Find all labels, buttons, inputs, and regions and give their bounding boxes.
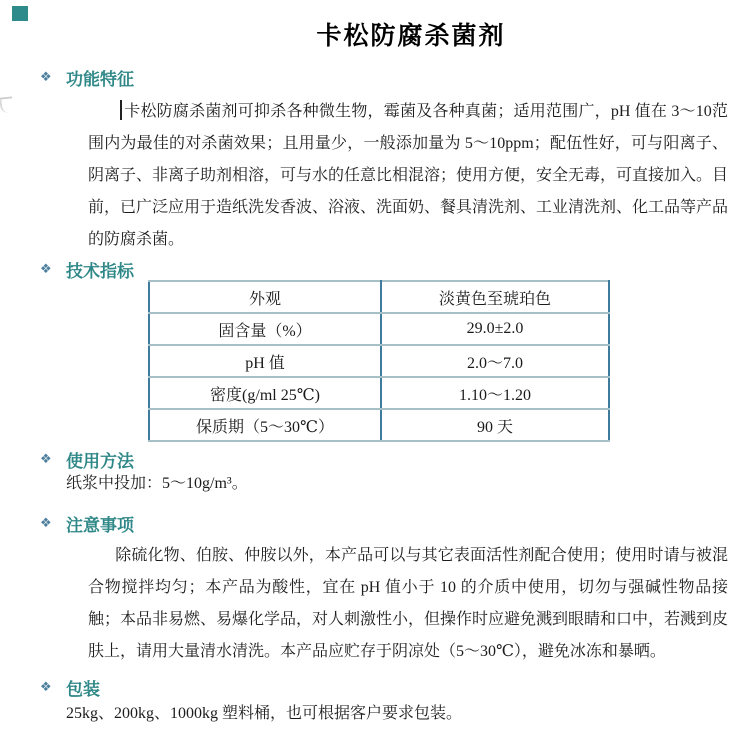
spec-name-cell[interactable]: pH 值 xyxy=(149,345,381,377)
table-row: 保质期（5～30℃） 90 天 xyxy=(149,409,609,441)
document-page: 卡松防腐杀菌剂 ❖ 功能特征 卡松防腐杀菌剂可抑杀各种微生物，霉菌及各种真菌；适… xyxy=(0,0,752,752)
page-title: 卡松防腐杀菌剂 xyxy=(0,20,752,54)
text-cursor-caret xyxy=(120,100,122,120)
packaging-text[interactable]: 25kg、200kg、1000kg 塑料桶，也可根据客户要求包装。 xyxy=(66,702,752,726)
diamond-bullet-icon: ❖ xyxy=(40,516,55,531)
table-row: 固含量（%） 29.0±2.0 xyxy=(149,313,609,345)
section-specs: ❖ 技术指标 外观 淡黄色至琥珀色 固含量（%） 29.0±2.0 pH 值 2… xyxy=(0,258,752,442)
table-row: pH 值 2.0～7.0 xyxy=(149,345,609,377)
section-heading-label: 技术指标 xyxy=(66,257,134,282)
features-paragraph-text: 卡松防腐杀菌剂可抑杀各种微生物，霉菌及各种真菌；适用范围广，pH 值在 3～10… xyxy=(88,103,728,248)
usage-text[interactable]: 纸浆中投加：5～10g/m³。 xyxy=(66,472,752,496)
spec-name-cell[interactable]: 密度(g/ml 25℃) xyxy=(149,377,381,409)
spec-name-cell[interactable]: 外观 xyxy=(149,281,381,313)
specs-table: 外观 淡黄色至琥珀色 固含量（%） 29.0±2.0 pH 值 2.0～7.0 … xyxy=(148,280,610,442)
diamond-bullet-icon: ❖ xyxy=(40,70,55,85)
spec-name-cell[interactable]: 保质期（5～30℃） xyxy=(149,409,381,441)
notes-paragraph[interactable]: 除硫化物、伯胺、仲胺以外，本产品可以与其它表面活性剂配合使用；使用时请与被混合物… xyxy=(88,540,728,668)
spec-value-cell[interactable]: 淡黄色至琥珀色 xyxy=(381,281,609,313)
spec-value-cell[interactable]: 90 天 xyxy=(381,409,609,441)
section-heading-notes[interactable]: ❖ 注意事项 xyxy=(40,512,752,534)
table-row: 外观 淡黄色至琥珀色 xyxy=(149,281,609,313)
margin-artifact-mark xyxy=(0,96,14,113)
section-heading-label: 包装 xyxy=(66,675,100,700)
diamond-bullet-icon: ❖ xyxy=(40,680,55,695)
diamond-bullet-icon: ❖ xyxy=(40,262,55,277)
features-paragraph[interactable]: 卡松防腐杀菌剂可抑杀各种微生物，霉菌及各种真菌；适用范围广，pH 值在 3～10… xyxy=(88,96,728,256)
section-heading-specs[interactable]: ❖ 技术指标 xyxy=(40,258,752,280)
diamond-bullet-icon: ❖ xyxy=(40,452,55,467)
section-heading-features[interactable]: ❖ 功能特征 xyxy=(40,66,752,88)
section-heading-label: 注意事项 xyxy=(66,511,134,536)
corner-square-decoration xyxy=(12,6,28,21)
spec-value-cell[interactable]: 2.0～7.0 xyxy=(381,345,609,377)
spec-value-cell[interactable]: 1.10～1.20 xyxy=(381,377,609,409)
spec-name-cell[interactable]: 固含量（%） xyxy=(149,313,381,345)
section-heading-usage[interactable]: ❖ 使用方法 xyxy=(40,448,752,470)
table-row: 密度(g/ml 25℃) 1.10～1.20 xyxy=(149,377,609,409)
section-features: ❖ 功能特征 卡松防腐杀菌剂可抑杀各种微生物，霉菌及各种真菌；适用范围广，pH … xyxy=(0,66,752,256)
section-notes: ❖ 注意事项 除硫化物、伯胺、仲胺以外，本产品可以与其它表面活性剂配合使用；使用… xyxy=(0,512,752,668)
section-heading-label: 功能特征 xyxy=(66,65,134,90)
section-heading-packaging[interactable]: ❖ 包装 xyxy=(40,676,752,698)
section-usage: ❖ 使用方法 纸浆中投加：5～10g/m³。 xyxy=(0,448,752,496)
section-heading-label: 使用方法 xyxy=(66,447,134,472)
spec-value-cell[interactable]: 29.0±2.0 xyxy=(381,313,609,345)
section-packaging: ❖ 包装 25kg、200kg、1000kg 塑料桶，也可根据客户要求包装。 xyxy=(0,676,752,726)
